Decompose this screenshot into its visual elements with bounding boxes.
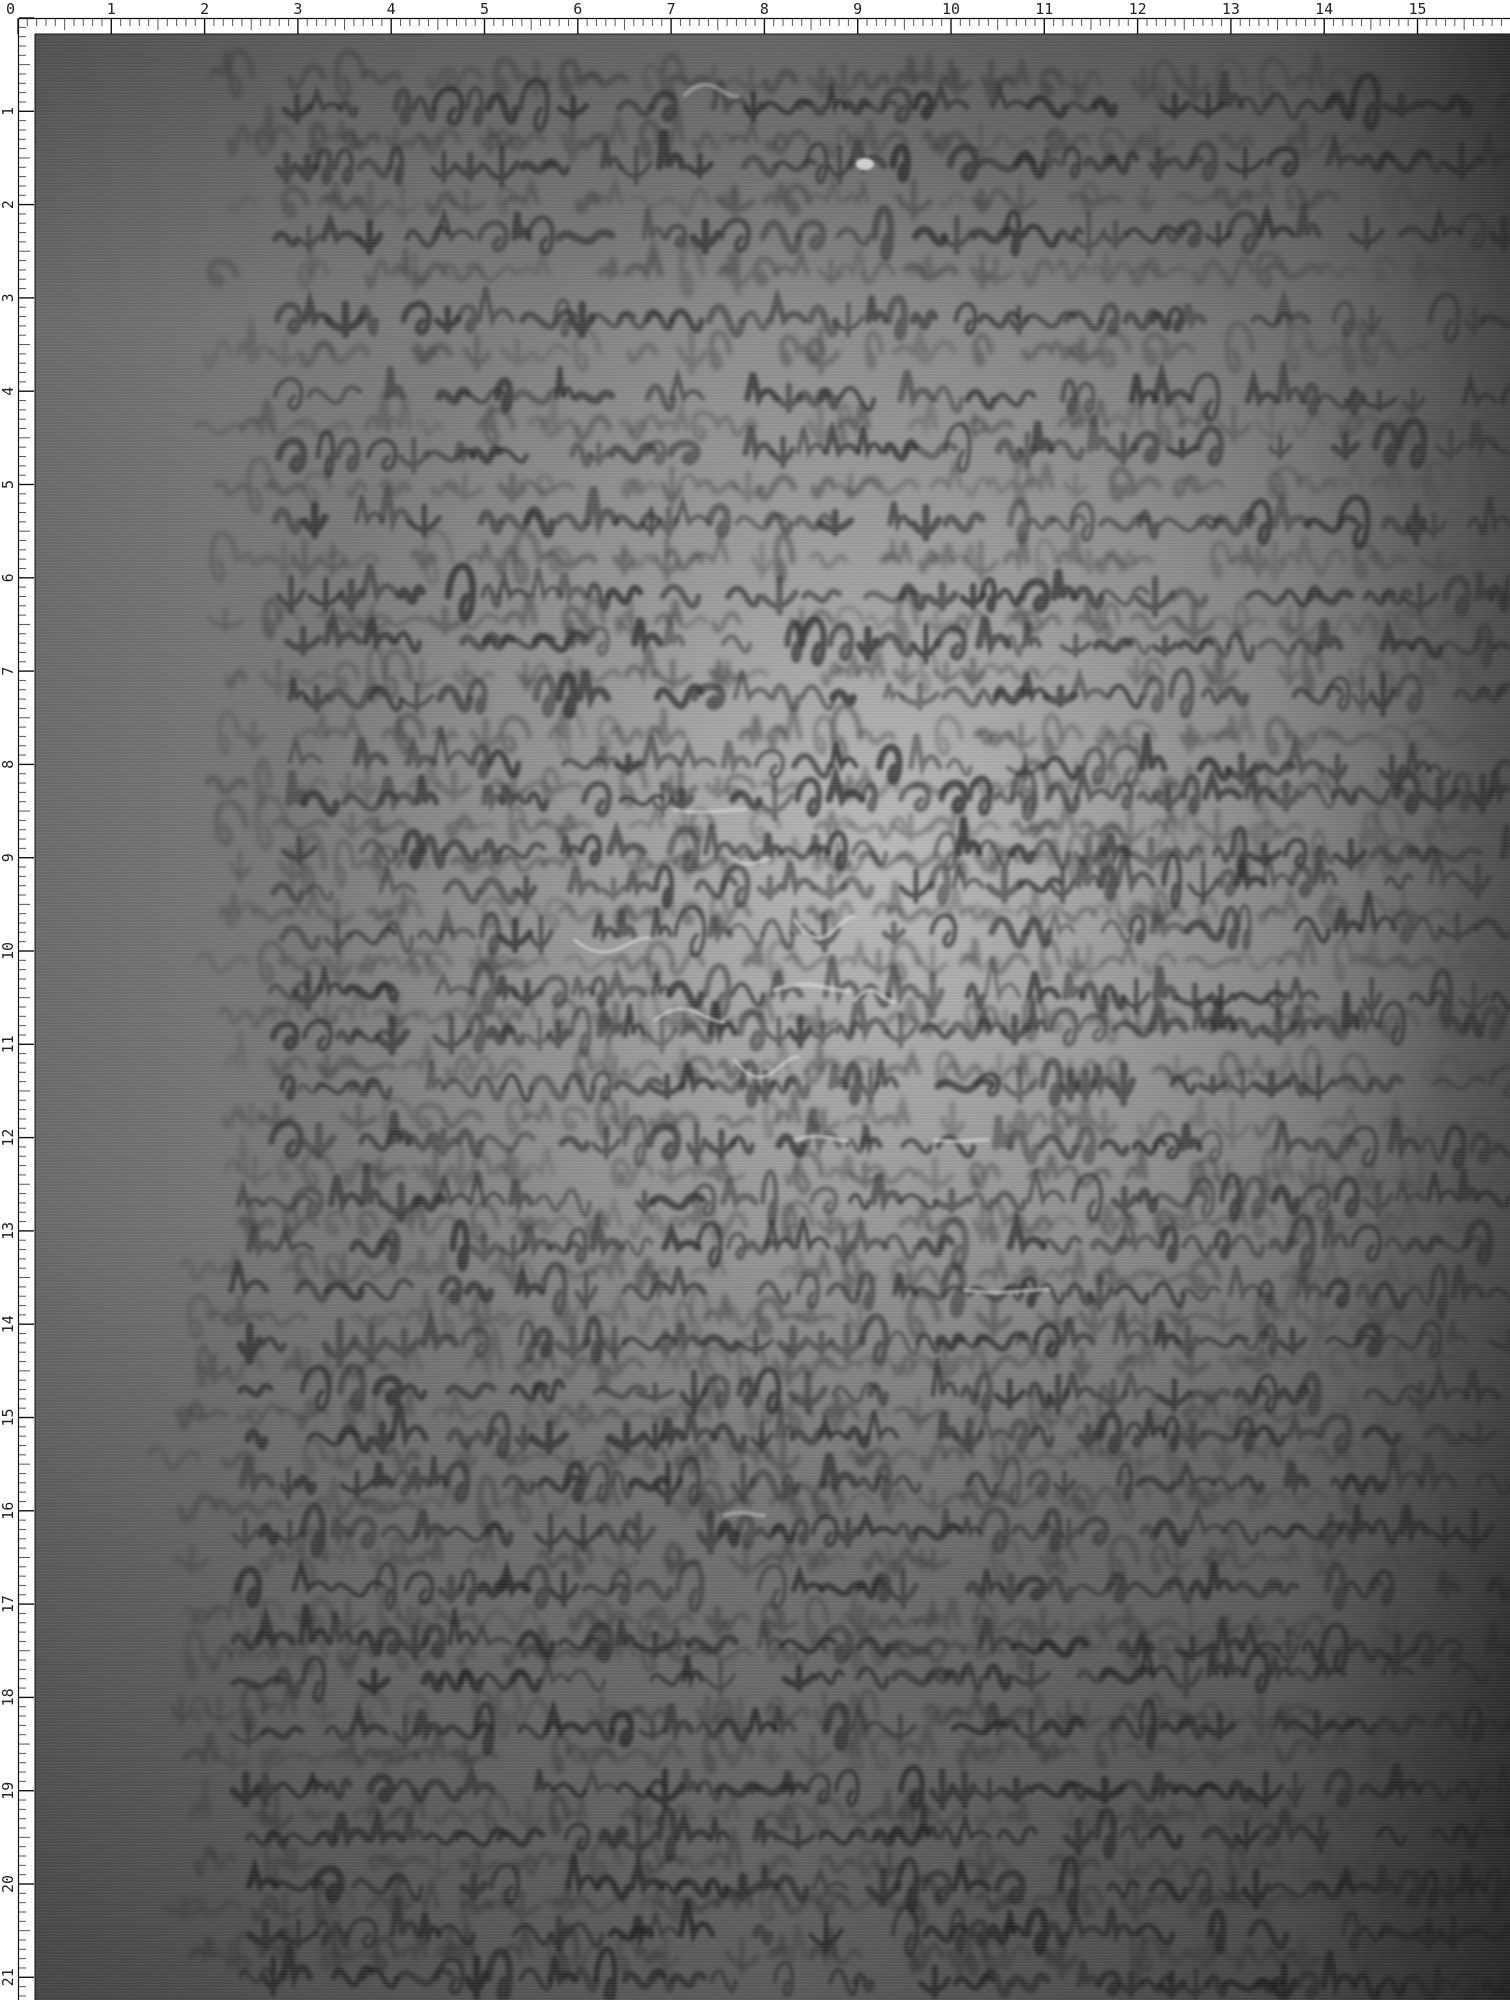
ruler-ticks: 0123456789101112131415123456789101112131… <box>0 0 1510 2000</box>
ruler-v-label: 18 <box>0 1688 17 1706</box>
ruler-h-label: 10 <box>942 0 960 18</box>
ruler-h-label: 7 <box>667 0 676 18</box>
ruler-v-label: 19 <box>0 1782 17 1800</box>
ruler-v-label: 13 <box>0 1222 17 1240</box>
ruler-v-label: 8 <box>0 760 17 769</box>
ruler-h-label: 3 <box>293 0 302 18</box>
ruler-v-label: 20 <box>0 1875 17 1893</box>
ruler-v-label: 17 <box>0 1595 17 1613</box>
ruler-v-label: 1 <box>0 107 17 116</box>
ruler-v-label: 16 <box>0 1502 17 1520</box>
ruler-h-label: 8 <box>760 0 769 18</box>
ruler-v-label: 11 <box>0 1035 17 1053</box>
ruler-v-label: 6 <box>0 573 17 582</box>
ruler-h-label: 6 <box>573 0 582 18</box>
ruler-h-label: 12 <box>1129 0 1147 18</box>
ruler-h-label: 11 <box>1035 0 1053 18</box>
ruler-h-label: 15 <box>1408 0 1426 18</box>
ruler-h-label: 5 <box>480 0 489 18</box>
ruler-h-label: 1 <box>107 0 116 18</box>
ruler-v-label: 9 <box>0 853 17 862</box>
ruler-v-label: 15 <box>0 1408 17 1426</box>
ruler-v-label: 21 <box>0 1968 17 1986</box>
ruler-v-label: 3 <box>0 293 17 302</box>
ruler-v-label: 4 <box>0 387 17 396</box>
ruler-h-label: 14 <box>1315 0 1333 18</box>
ruler-v-label: 7 <box>0 667 17 676</box>
ruler-h-label: 13 <box>1222 0 1240 18</box>
ruler-v-label: 12 <box>0 1129 17 1147</box>
ruler-v-label: 2 <box>0 200 17 209</box>
ruler-h-label: 2 <box>200 0 209 18</box>
ruler-h-label: 9 <box>853 0 862 18</box>
ruler-v-label: 5 <box>0 480 17 489</box>
ruler-h-label: 0 <box>6 0 15 18</box>
ruler-v-label: 14 <box>0 1315 17 1333</box>
ruler-h-label: 4 <box>387 0 396 18</box>
ruler-v-label: 10 <box>0 942 17 960</box>
